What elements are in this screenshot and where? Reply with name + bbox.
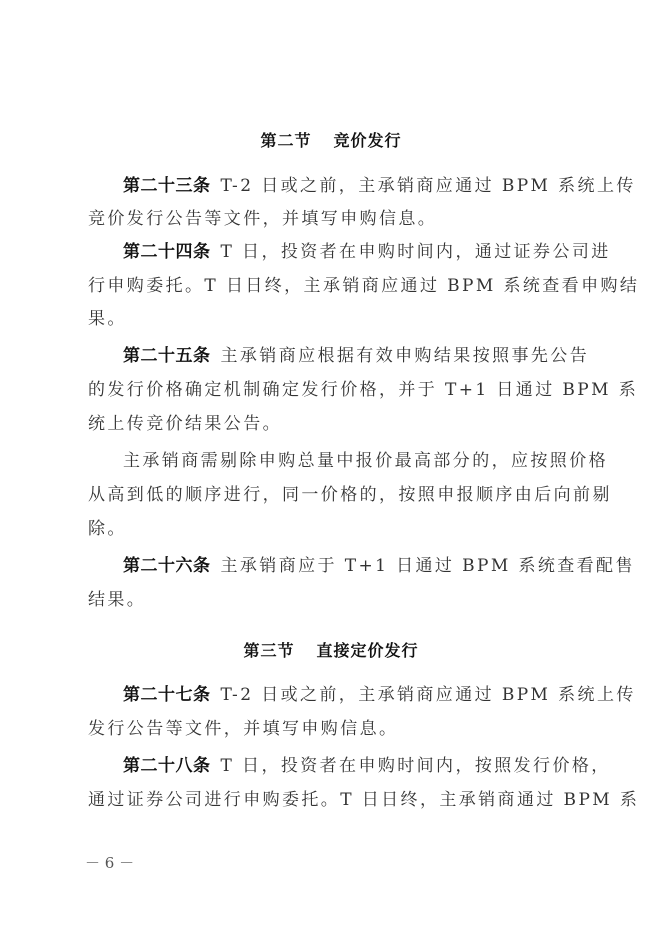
article-27-line-2: 发行公告等文件，并填写申购信息。 <box>88 719 578 739</box>
article-27-line-1: 第二十七条T-2 日或之前，主承销商应通过 BPM 系统上传 <box>123 685 578 705</box>
paragraph-line-2: 从高到低的顺序进行，同一价格的，按照申报顺序由后向前剔 <box>88 485 578 505</box>
article-label: 第二十八条 <box>123 756 211 776</box>
article-28-line-2: 通过证券公司进行申购委托。T 日日终，主承销商通过 BPM 系 <box>88 790 578 810</box>
article-23-line-1: 第二十三条T-2 日或之前，主承销商应通过 BPM 系统上传 <box>123 176 578 196</box>
article-label: 第二十四条 <box>123 242 211 262</box>
section-number: 第三节 <box>243 641 294 660</box>
article-label: 第二十六条 <box>123 556 211 576</box>
section-heading: 竞价发行 <box>334 131 402 150</box>
paragraph-line-3: 除。 <box>88 519 578 539</box>
article-label: 第二十五条 <box>123 346 211 366</box>
document-page: 第二节竞价发行 第二十三条T-2 日或之前，主承销商应通过 BPM 系统上传 竞… <box>0 0 662 936</box>
article-25-line-3: 统上传竞价结果公告。 <box>88 414 578 434</box>
article-label: 第二十七条 <box>123 685 211 705</box>
article-label: 第二十三条 <box>123 176 211 196</box>
section-title-2: 第二节竞价发行 <box>0 128 662 151</box>
section-number: 第二节 <box>260 131 311 150</box>
page-number: － 6 － <box>85 852 134 873</box>
article-24-line-3: 果。 <box>88 309 578 329</box>
article-24-line-1: 第二十四条T 日，投资者在申购时间内，通过证券公司进 <box>123 242 578 262</box>
section-title-3: 第三节直接定价发行 <box>0 638 662 661</box>
article-26-line-1: 第二十六条主承销商应于 T+1 日通过 BPM 系统查看配售 <box>123 556 578 576</box>
article-28-line-1: 第二十八条T 日，投资者在申购时间内，按照发行价格， <box>123 756 578 776</box>
paragraph-line-1: 主承销商需剔除申购总量中报价最高部分的，应按照价格 <box>123 451 578 471</box>
article-24-line-2: 行申购委托。T 日日终，主承销商应通过 BPM 系统查看申购结 <box>88 276 578 296</box>
article-25-line-1: 第二十五条主承销商应根据有效申购结果按照事先公告 <box>123 346 578 366</box>
section-heading: 直接定价发行 <box>317 641 419 660</box>
article-23-line-2: 竞价发行公告等文件，并填写申购信息。 <box>88 209 578 229</box>
article-25-line-2: 的发行价格确定机制确定发行价格，并于 T+1 日通过 BPM 系 <box>88 380 578 400</box>
article-26-line-2: 结果。 <box>88 590 578 610</box>
